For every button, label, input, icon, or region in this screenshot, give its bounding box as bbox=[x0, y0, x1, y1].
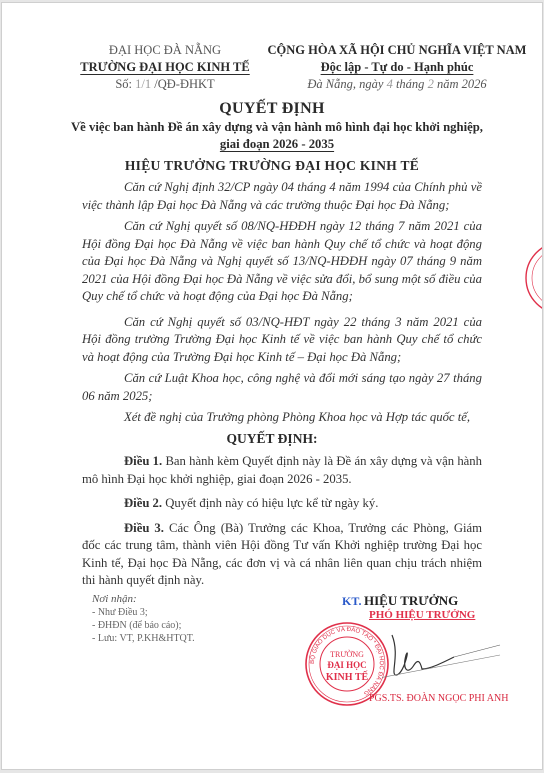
signature-icon bbox=[382, 625, 502, 695]
article-3: Điều 3. Các Ông (Bà) Trưởng các Khoa, Tr… bbox=[82, 520, 482, 590]
motto-text: Độc lập - Tự do - Hạnh phúc bbox=[321, 60, 474, 74]
edge-stamp-icon bbox=[524, 238, 543, 318]
number-value: 1/1 bbox=[135, 77, 151, 91]
signer-title: HIỆU TRƯỞNG bbox=[364, 593, 458, 609]
recipient-item: - Như Điều 3; bbox=[92, 606, 195, 619]
preamble-section: Căn cứ Nghị định 32/CP ngày 04 tháng 4 n… bbox=[82, 179, 482, 431]
subtitle-line-2-text: giai đoạn 2026 - 2035 bbox=[220, 137, 334, 151]
date-month-label: tháng bbox=[396, 77, 424, 91]
preamble-1: Căn cứ Nghị định 32/CP ngày 04 tháng 4 n… bbox=[82, 179, 482, 214]
nation-title: CỘNG HÒA XÃ HỘI CHỦ NGHĨA VIỆT NAM bbox=[252, 42, 542, 59]
date-year: năm 2026 bbox=[437, 77, 487, 91]
document-page: ĐẠI HỌC ĐÀ NẴNG TRƯỜNG ĐẠI HỌC KINH TẾ S… bbox=[1, 2, 543, 770]
article-1: Điều 1. Ban hành kèm Quyết định này là Đ… bbox=[82, 453, 482, 488]
stamp-line-2: ĐẠI HỌC bbox=[327, 660, 366, 670]
article-2-label: Điều 2. bbox=[124, 496, 162, 510]
recipients-heading: Nơi nhận: bbox=[92, 593, 195, 606]
signer-name: PGS.TS. ĐOÀN NGỌC PHI ANH bbox=[369, 693, 508, 704]
preamble-4: Căn cứ Luật Khoa học, công nghệ và đổi m… bbox=[82, 370, 482, 405]
date-day: 4 bbox=[387, 77, 393, 91]
article-2: Điều 2. Quyết định này có hiệu lực kể từ… bbox=[82, 495, 482, 513]
school-name: TRƯỜNG ĐẠI HỌC KINH TẾ bbox=[60, 59, 270, 76]
date-month: 2 bbox=[428, 77, 434, 91]
signer-subtitle: PHÓ HIỆU TRƯỞNG bbox=[369, 609, 475, 621]
kt-prefix: KT. bbox=[342, 594, 361, 609]
school-name-text: TRƯỜNG ĐẠI HỌC KINH TẾ bbox=[80, 60, 249, 74]
number-prefix: Số: bbox=[115, 77, 132, 91]
org-name: ĐẠI HỌC ĐÀ NẴNG bbox=[60, 42, 270, 59]
issuer-heading: HIỆU TRƯỞNG TRƯỜNG ĐẠI HỌC KINH TẾ bbox=[2, 158, 542, 174]
preamble-3: Căn cứ Nghị quyết số 03/NQ-HĐT ngày 22 t… bbox=[82, 314, 482, 367]
article-3-label: Điều 3. bbox=[124, 521, 164, 535]
header-left: ĐẠI HỌC ĐÀ NẴNG TRƯỜNG ĐẠI HỌC KINH TẾ S… bbox=[60, 42, 270, 93]
document-number: Số: 1/1 /QĐ-ĐHKT bbox=[60, 76, 270, 93]
decision-heading: QUYẾT ĐỊNH: bbox=[2, 431, 542, 447]
document-title: QUYẾT ĐỊNH bbox=[2, 100, 542, 118]
articles-section: Điều 1. Ban hành kèm Quyết định này là Đ… bbox=[82, 453, 482, 597]
header-right: CỘNG HÒA XÃ HỘI CHỦ NGHĨA VIỆT NAM Độc l… bbox=[252, 42, 542, 93]
preamble-5: Xét đề nghị của Trưởng phòng Phòng Khoa … bbox=[82, 409, 482, 427]
number-suffix: /QĐ-ĐHKT bbox=[154, 77, 214, 91]
date-prefix: Đà Nẵng, ngày bbox=[307, 77, 383, 91]
recipients-block: Nơi nhận: - Như Điều 3; - ĐHĐN (để báo c… bbox=[92, 593, 195, 645]
recipient-item: - ĐHĐN (để báo cáo); bbox=[92, 619, 195, 632]
article-2-text: Quyết định này có hiệu lực kể từ ngày ký… bbox=[162, 496, 378, 510]
article-1-label: Điều 1. bbox=[124, 454, 162, 468]
stamp-line-3: KINH TẾ bbox=[326, 670, 369, 683]
subtitle-line-1: Về việc ban hành Đề án xây dựng và vận h… bbox=[62, 119, 492, 136]
issue-date: Đà Nẵng, ngày 4 tháng 2 năm 2026 bbox=[252, 76, 542, 93]
stamp-line-1: TRƯỜNG bbox=[330, 649, 364, 659]
document-subtitle: Về việc ban hành Đề án xây dựng và vận h… bbox=[62, 119, 492, 153]
subtitle-line-2: giai đoạn 2026 - 2035 bbox=[62, 136, 492, 153]
motto: Độc lập - Tự do - Hạnh phúc bbox=[252, 59, 542, 76]
recipient-item: - Lưu: VT, P.KH&HTQT. bbox=[92, 632, 195, 645]
preamble-2: Căn cứ Nghị quyết số 08/NQ-HĐĐH ngày 12 … bbox=[82, 218, 482, 306]
